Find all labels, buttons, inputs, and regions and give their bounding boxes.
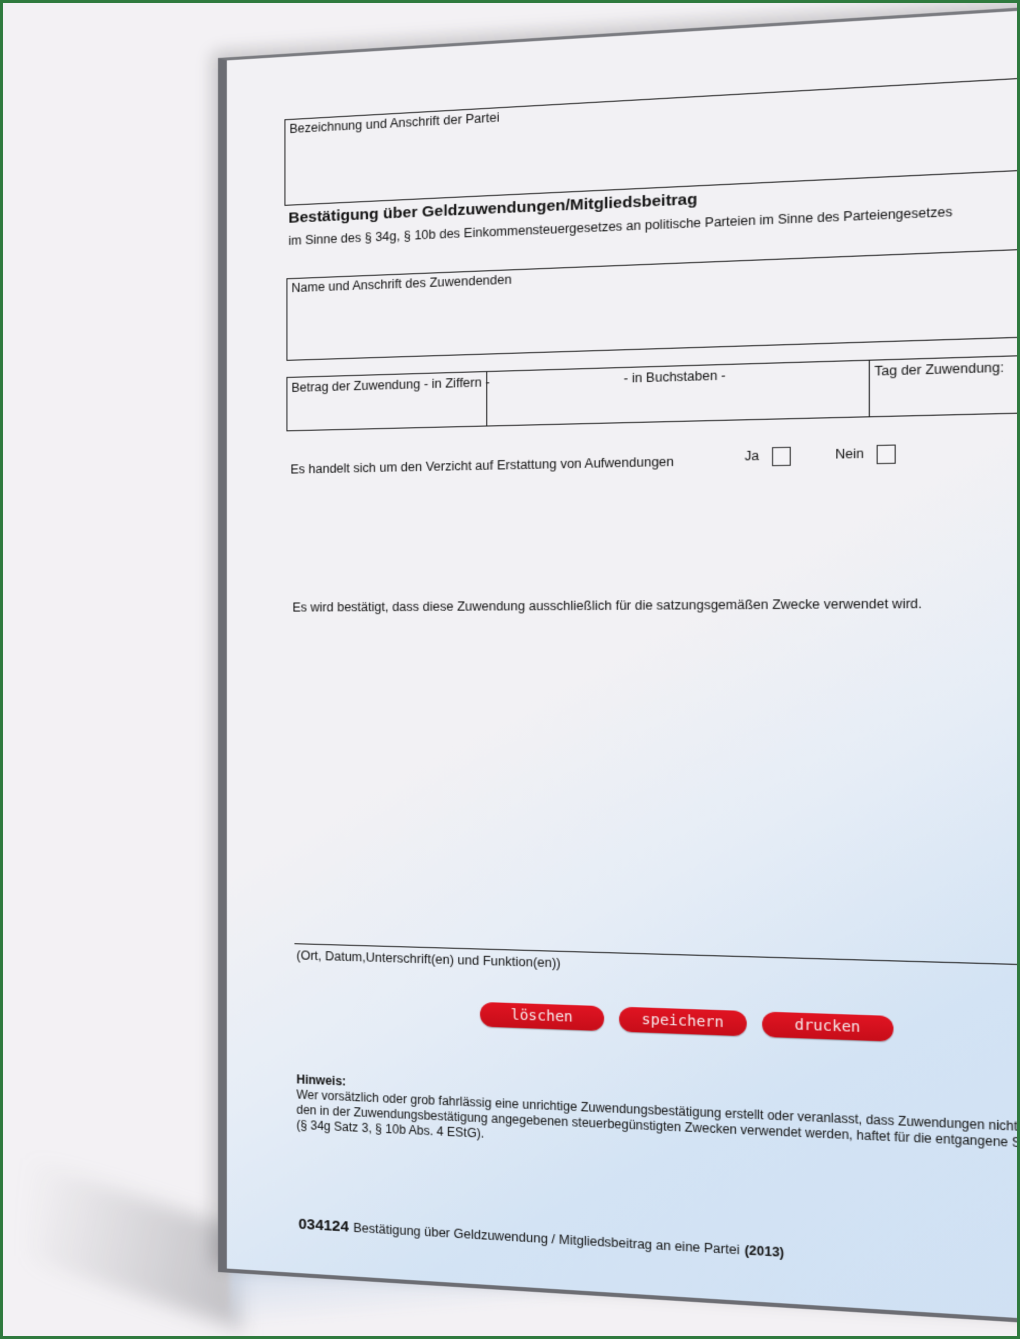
amount-table: Betrag der Zuwendung - in Ziffern - - in… [286,354,1020,431]
waiver-yes-option[interactable]: Ja [745,447,791,467]
document-preview: Bezeichnung und Anschrift der Partei Bes… [218,0,1020,1329]
amount-digits-label: Betrag der Zuwendung - in Ziffern - [291,375,489,395]
donor-address-field[interactable]: Name und Anschrift des Zuwendenden [286,247,1020,360]
document-code: 034124 [298,1216,348,1236]
waiver-no-checkbox[interactable] [877,445,896,465]
waiver-no-label: Nein [835,447,864,463]
donation-date-field[interactable]: Tag der Zuwendung: [870,355,1020,416]
form-page: Bezeichnung und Anschrift der Partei Bes… [218,0,1020,1329]
page-floor-shadow [30,1161,240,1329]
party-address-label: Bezeichnung und Anschrift der Partei [289,110,499,136]
waiver-yes-checkbox[interactable] [772,447,791,466]
clear-button[interactable]: löschen [480,1002,604,1031]
confirmation-text: Es wird bestätigt, dass diese Zuwendung … [292,596,922,614]
waiver-yes-label: Ja [745,449,759,464]
donation-date-label: Tag der Zuwendung: [874,360,1004,379]
document-footer-title: Bestätigung über Geldzuwendung / Mitglie… [353,1221,739,1258]
waiver-question: Es handelt sich um den Verzicht auf Erst… [290,454,673,476]
donor-address-label: Name und Anschrift des Zuwendenden [291,272,511,295]
amount-letters-label: - in Buchstaben - [487,364,868,390]
waiver-no-option[interactable]: Nein [835,445,896,465]
print-button[interactable]: drucken [762,1012,893,1042]
document-footer: 034124 Bestätigung über Geldzuwendung / … [298,1216,784,1263]
amount-letters-field[interactable]: - in Buchstaben - [487,361,870,426]
party-address-field[interactable]: Bezeichnung und Anschrift der Partei [284,76,1020,206]
amount-digits-field[interactable]: Betrag der Zuwendung - in Ziffern - [287,372,487,430]
signature-caption: (Ort, Datum,Unterschrift(en) und Funktio… [296,948,560,970]
save-button[interactable]: speichern [619,1007,747,1037]
note-section: Hinweis: Wer vorsätzlich oder grob fahrl… [296,1072,1020,1169]
document-year: (2013) [744,1243,784,1260]
